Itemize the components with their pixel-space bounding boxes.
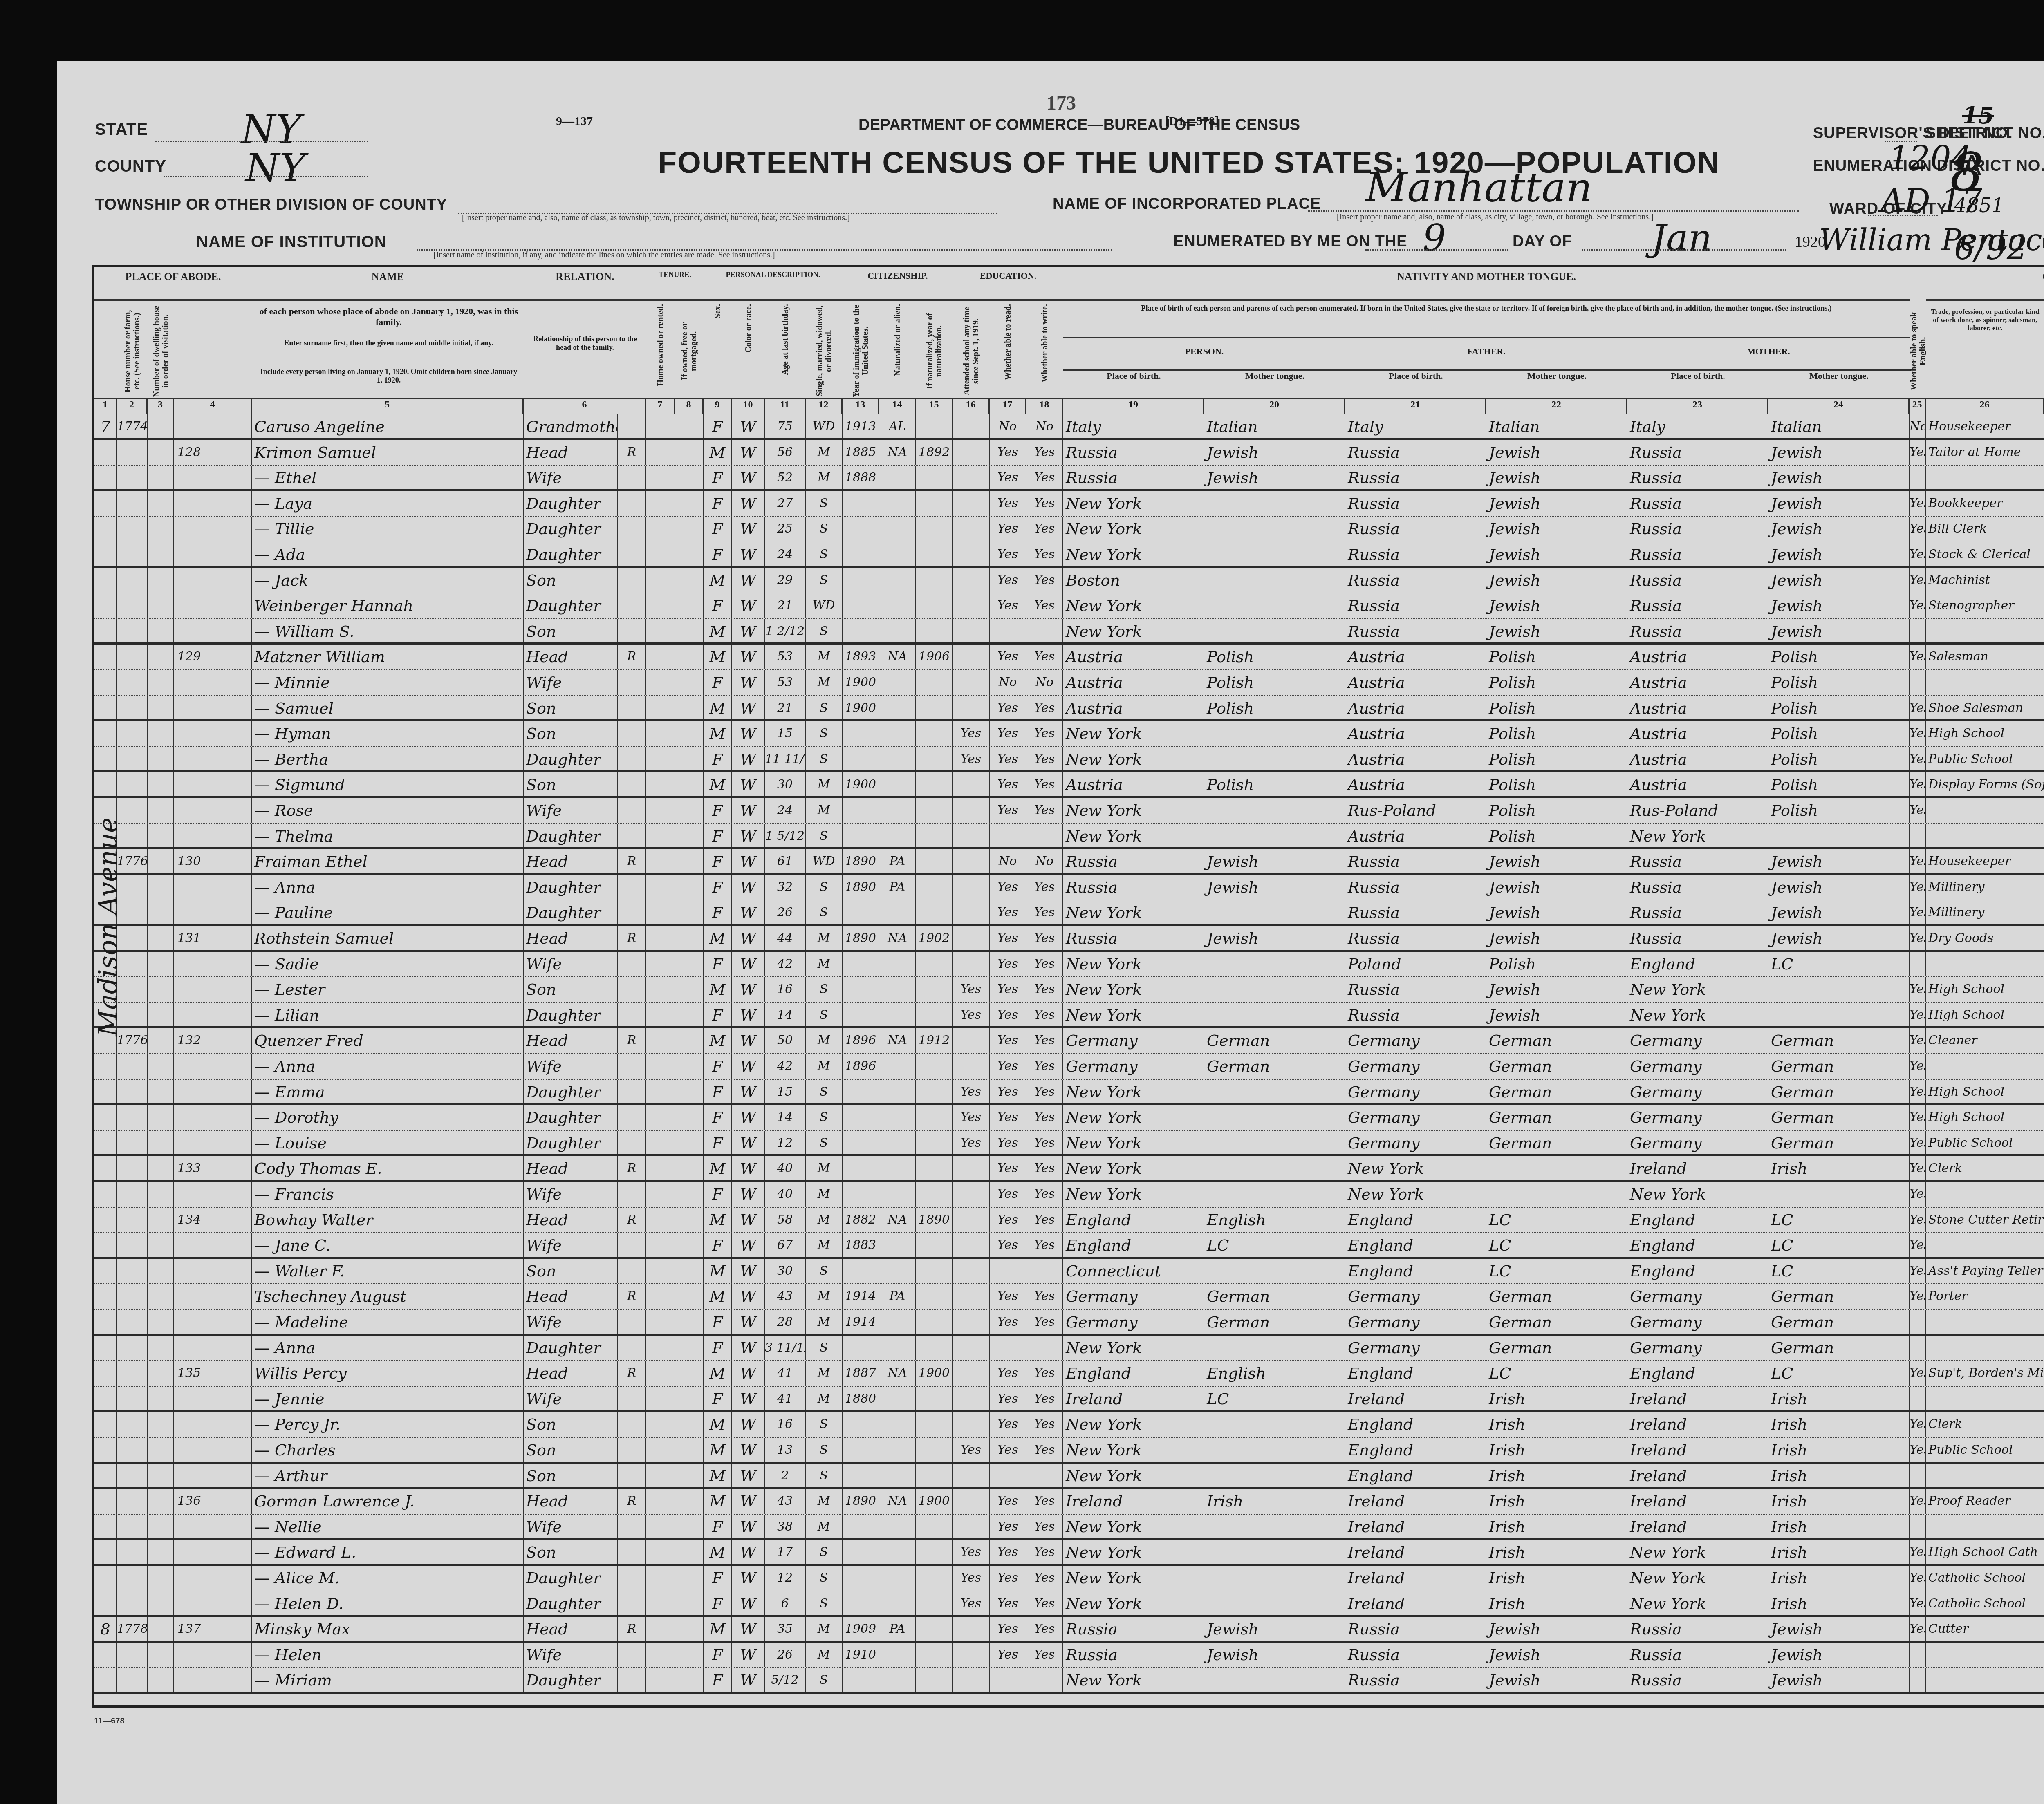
cell-house <box>117 670 148 695</box>
cell-sex: M <box>704 721 732 746</box>
cell-mpob: England <box>1627 1233 1768 1257</box>
table-row: — JackSonMW29SYesYesBostonRussiaJewishRu… <box>94 568 2044 594</box>
cell-mort <box>675 670 704 695</box>
cell-age: 50 <box>765 1028 806 1053</box>
cell-english: Yes <box>1910 1438 1926 1462</box>
cell-own: R <box>618 1208 646 1233</box>
cell-sex: F <box>704 1336 732 1361</box>
cell-mpob: New York <box>1627 1003 1768 1027</box>
cell-write: No <box>1026 414 1063 438</box>
cell-nat: PA <box>879 1284 916 1309</box>
cell-fpob: Russia <box>1345 466 1486 489</box>
cell-pob: New York <box>1063 1668 1204 1692</box>
cell-family <box>174 619 252 643</box>
cell-age: 14 <box>765 1003 806 1027</box>
cell-dwelling <box>148 1438 174 1462</box>
cell-ftongue: Polish <box>1486 645 1627 669</box>
cell-school <box>953 926 990 950</box>
cell-mort <box>675 977 704 1002</box>
column-header-19: Place of birth. <box>1063 369 1204 394</box>
cell-tongue: Jewish <box>1204 849 1345 873</box>
cell-family: 135 <box>174 1361 252 1386</box>
cell-mtongue: Jewish <box>1768 466 1910 489</box>
cell-mtongue: Jewish <box>1768 849 1910 873</box>
cell-tongue <box>1204 1003 1345 1027</box>
cell-race: W <box>732 849 765 873</box>
cell-race: W <box>732 1028 765 1053</box>
cell-mort <box>675 1080 704 1103</box>
cell-street <box>94 1156 117 1180</box>
cell-english: Yes <box>1910 491 1926 516</box>
cell-mpob: New York <box>1627 977 1768 1002</box>
cell-marital: S <box>806 1591 843 1615</box>
cell-write: Yes <box>1026 1566 1063 1591</box>
cell-marital: S <box>806 1412 843 1437</box>
table-row: — Walter F.SonMW30SConnecticutEnglandLCE… <box>94 1259 2044 1285</box>
cell-trade <box>1926 1643 2044 1667</box>
cell-pob: New York <box>1063 952 1204 977</box>
cell-nat <box>879 593 916 618</box>
nativity-mother: MOTHER. <box>1627 337 1910 357</box>
cell-pob: New York <box>1063 517 1204 542</box>
cell-house <box>117 1156 148 1180</box>
cell-dwelling <box>148 1054 174 1079</box>
cell-sex: F <box>704 952 732 977</box>
cell-sex: M <box>704 440 732 465</box>
cell-dwelling <box>148 1591 174 1615</box>
cell-write: Yes <box>1026 875 1063 900</box>
table-row: — MinnieWifeFW53M1900NoNoAustriaPolishAu… <box>94 670 2044 696</box>
cell-trade: Catholic School <box>1926 1591 2044 1615</box>
column-number-18: 18 <box>1026 398 1063 414</box>
cell-street <box>94 670 117 695</box>
cell-tongue: Irish <box>1204 1489 1345 1514</box>
cell-trade: Dry Goods <box>1926 926 2044 950</box>
cell-street <box>94 747 117 771</box>
cell-trade: Sup't, Borden's Milk <box>1926 1361 2044 1386</box>
cell-tongue: Jewish <box>1204 926 1345 950</box>
cell-mort <box>675 875 704 900</box>
cell-street <box>94 593 117 618</box>
cell-read: Yes <box>990 1233 1026 1257</box>
cell-age: 75 <box>765 414 806 438</box>
cell-sex: M <box>704 696 732 720</box>
cell-dwelling <box>148 517 174 542</box>
cell-race: W <box>732 1566 765 1591</box>
cell-street <box>94 1643 117 1667</box>
cell-tongue <box>1204 1412 1345 1437</box>
cell-write: Yes <box>1026 1310 1063 1334</box>
cell-english <box>1910 1387 1926 1410</box>
group-personal-description: PERSONAL DESCRIPTION. <box>704 271 843 301</box>
cell-dwelling <box>148 926 174 950</box>
table-row: 131Rothstein SamuelHeadRMW44M1890NA1902Y… <box>94 926 2044 952</box>
cell-age: 12 <box>765 1131 806 1155</box>
cell-fpob: Ireland <box>1345 1387 1486 1410</box>
cell-street <box>94 491 117 516</box>
cell-family <box>174 414 252 438</box>
cell-fpob: Ireland <box>1345 1489 1486 1514</box>
cell-race: W <box>732 1438 765 1462</box>
cell-pob: New York <box>1063 1105 1204 1130</box>
cell-natyr: 1900 <box>916 1489 953 1514</box>
cell-age: 16 <box>765 1412 806 1437</box>
cell-natyr <box>916 1540 953 1564</box>
cell-age: 15 <box>765 721 806 746</box>
cell-read: Yes <box>990 798 1026 823</box>
cell-nat <box>879 1438 916 1462</box>
cell-marital: S <box>806 721 843 746</box>
cell-fpob: England <box>1345 1259 1486 1284</box>
cell-house <box>117 1284 148 1309</box>
cell-read <box>990 619 1026 643</box>
cell-house <box>117 1233 148 1257</box>
cell-race: W <box>732 491 765 516</box>
cell-street <box>94 1208 117 1233</box>
table-row: — RoseWifeFW24MYesYesNew YorkRus-PolandP… <box>94 798 2044 824</box>
cell-house: 1778 <box>117 1617 148 1641</box>
cell-family <box>174 1668 252 1692</box>
cell-tongue <box>1204 824 1345 848</box>
cell-own <box>618 824 646 848</box>
cell-age: 30 <box>765 1259 806 1284</box>
cell-house <box>117 1361 148 1386</box>
cell-name: — Francis <box>252 1182 524 1207</box>
table-row: — Alice M.DaughterFW12SYesYesYesNew York… <box>94 1566 2044 1591</box>
cell-age: 43 <box>765 1489 806 1514</box>
cell-immig: 1882 <box>843 1208 879 1233</box>
cell-age: 12 <box>765 1566 806 1591</box>
column-number-6: 6 <box>524 398 646 414</box>
cell-immig <box>843 1438 879 1462</box>
cell-own <box>618 1643 646 1667</box>
cell-house <box>117 1080 148 1103</box>
cell-own <box>618 542 646 566</box>
cell-house <box>117 747 148 771</box>
cell-house <box>117 1259 148 1284</box>
table-row: — ArthurSonMW2SNew YorkEnglandIrishIrela… <box>94 1464 2044 1489</box>
cell-name: — Dorothy <box>252 1105 524 1130</box>
table-row: — SigmundSonMW30M1900YesYesAustriaPolish… <box>94 772 2044 798</box>
cell-ftongue: German <box>1486 1131 1627 1155</box>
cell-dwelling <box>148 1361 174 1386</box>
cell-marital: M <box>806 926 843 950</box>
cell-own <box>618 798 646 823</box>
cell-fpob: Ireland <box>1345 1566 1486 1591</box>
table-row: — HelenWifeFW26M1910YesYesRussiaJewishRu… <box>94 1643 2044 1668</box>
cell-school <box>953 1156 990 1180</box>
cell-mort <box>675 1412 704 1437</box>
cell-street <box>94 1387 117 1410</box>
cell-race: W <box>732 1336 765 1361</box>
cell-nat <box>879 1310 916 1334</box>
cell-mpob: Germany <box>1627 1054 1768 1079</box>
cell-ftongue: Polish <box>1486 721 1627 746</box>
cell-nat: NA <box>879 1028 916 1053</box>
cell-tongue <box>1204 1080 1345 1103</box>
cell-age: 53 <box>765 670 806 695</box>
day-of-label: day of <box>1513 233 1572 251</box>
cell-mtongue: Jewish <box>1768 875 1910 900</box>
cell-relation: Daughter <box>524 1131 618 1155</box>
cell-race: W <box>732 1284 765 1309</box>
cell-family <box>174 952 252 977</box>
cell-age: 42 <box>765 952 806 977</box>
cell-own <box>618 1412 646 1437</box>
cell-mpob: Germany <box>1627 1284 1768 1309</box>
county-label: County <box>95 157 166 176</box>
county-line <box>164 176 368 177</box>
cell-relation: Wife <box>524 1182 618 1207</box>
cell-relation: Head <box>524 645 618 669</box>
cell-nat <box>879 619 916 643</box>
cell-name: — Arthur <box>252 1464 524 1487</box>
cell-house <box>117 1387 148 1410</box>
cell-english: Yes <box>1910 721 1926 746</box>
cell-mort <box>675 1336 704 1361</box>
cell-fpob: England <box>1345 1412 1486 1437</box>
cell-sex: F <box>704 1054 732 1079</box>
cell-dwelling <box>148 1540 174 1564</box>
cell-pob: Russia <box>1063 875 1204 900</box>
cell-write <box>1026 1668 1063 1692</box>
cell-fpob: Russia <box>1345 568 1486 593</box>
enumerator-label: Enumerator. <box>2042 235 2044 252</box>
nativity-father: FATHER. <box>1345 337 1627 357</box>
cell-tongue: Polish <box>1204 670 1345 695</box>
cell-ftongue: Polish <box>1486 798 1627 823</box>
cell-ftongue: LC <box>1486 1208 1627 1233</box>
cell-read: Yes <box>990 1131 1026 1155</box>
table-row: — LilianDaughterFW14SYesYesYesNew YorkRu… <box>94 1003 2044 1029</box>
cell-natyr: 1890 <box>916 1208 953 1233</box>
cell-relation: Head <box>524 1361 618 1386</box>
cell-fpob: New York <box>1345 1182 1486 1207</box>
cell-read: Yes <box>990 593 1026 618</box>
table-row: — AnnaDaughterFW3 11/12SNew YorkGermanyG… <box>94 1336 2044 1361</box>
cell-own <box>618 1131 646 1155</box>
cell-mtongue: Jewish <box>1768 517 1910 542</box>
street-name: Madison Avenue <box>93 817 118 1144</box>
cell-tongue: LC <box>1204 1233 1345 1257</box>
cell-mpob: Russia <box>1627 900 1768 924</box>
cell-read: Yes <box>990 645 1026 669</box>
cell-nat <box>879 1105 916 1130</box>
cell-fpob: Russia <box>1345 593 1486 618</box>
cell-mtongue: German <box>1768 1080 1910 1103</box>
cell-immig: 1914 <box>843 1284 879 1309</box>
cell-trade: Public School <box>1926 1131 2044 1155</box>
cell-natyr <box>916 542 953 566</box>
cell-nat: NA <box>879 1489 916 1514</box>
cell-relation: Wife <box>524 1643 618 1667</box>
cell-mtongue: German <box>1768 1028 1910 1053</box>
cell-pob: New York <box>1063 1438 1204 1462</box>
cell-own <box>618 568 646 593</box>
cell-english: Yes <box>1910 1080 1926 1103</box>
cell-mort <box>675 1515 704 1538</box>
cell-marital: M <box>806 1489 843 1514</box>
cell-own <box>618 1438 646 1462</box>
cell-dwelling <box>148 696 174 720</box>
cell-trade: Machinist <box>1926 568 2044 593</box>
cell-trade: Stock & Clerical <box>1926 542 2044 566</box>
cell-trade <box>1926 952 2044 977</box>
cell-pob: England <box>1063 1361 1204 1386</box>
cell-own <box>618 670 646 695</box>
cell-marital: S <box>806 696 843 720</box>
cell-dwelling <box>148 747 174 771</box>
cell-immig <box>843 1591 879 1615</box>
cell-write: Yes <box>1026 1387 1063 1410</box>
cell-own <box>618 696 646 720</box>
column-header-9: Sex. <box>704 304 732 398</box>
cell-own <box>618 466 646 489</box>
cell-nat <box>879 1540 916 1564</box>
cell-immig: 1880 <box>843 1387 879 1410</box>
cell-immig <box>843 1566 879 1591</box>
cell-trade: Proof Reader <box>1926 1489 2044 1514</box>
cell-trade: Clerk <box>1926 1156 2044 1180</box>
cell-read: Yes <box>990 696 1026 720</box>
cell-mtongue: German <box>1768 1336 1910 1361</box>
cell-read <box>990 1668 1026 1692</box>
incorporated-place-value: Manhattan <box>1365 163 1592 211</box>
column-number-11: 11 <box>765 398 806 414</box>
cell-age: 26 <box>765 1643 806 1667</box>
cell-mort <box>675 1591 704 1615</box>
cell-marital: S <box>806 747 843 771</box>
table-row: 128Krimon SamuelHeadRMW56M1885NA1892YesY… <box>94 440 2044 466</box>
cell-mpob: Ireland <box>1627 1464 1768 1487</box>
cell-school: Yes <box>953 747 990 771</box>
cell-tongue <box>1204 1156 1345 1180</box>
cell-street <box>94 1515 117 1538</box>
cell-mpob: Austria <box>1627 645 1768 669</box>
cell-race: W <box>732 772 765 796</box>
cell-nat <box>879 1156 916 1180</box>
cell-dwelling <box>148 1464 174 1487</box>
cell-dwelling <box>148 721 174 746</box>
cell-pob: New York <box>1063 900 1204 924</box>
cell-mtongue: Jewish <box>1768 1668 1910 1692</box>
cell-mort <box>675 1156 704 1180</box>
cell-immig: 1888 <box>843 466 879 489</box>
cell-mtongue: LC <box>1768 1259 1910 1284</box>
cell-mpob: Ireland <box>1627 1387 1768 1410</box>
cell-race: W <box>732 1617 765 1641</box>
cell-family <box>174 875 252 900</box>
cell-street <box>94 568 117 593</box>
cell-dwelling <box>148 1131 174 1155</box>
cell-school <box>953 1412 990 1437</box>
cell-street: 7 <box>94 414 117 438</box>
cell-english <box>1910 1464 1926 1487</box>
cell-dwelling <box>148 619 174 643</box>
cell-trade: Public School <box>1926 1438 2044 1462</box>
cell-trade <box>1926 670 2044 695</box>
cell-school: Yes <box>953 977 990 1002</box>
cell-mtongue: German <box>1768 1310 1910 1334</box>
cell-read: No <box>990 414 1026 438</box>
cell-dwelling <box>148 900 174 924</box>
cell-dwelling <box>148 1105 174 1130</box>
cell-mtongue <box>1768 1182 1910 1207</box>
table-row: 81778137Minsky MaxHeadRMW35M1909PAYesYes… <box>94 1617 2044 1643</box>
cell-own <box>618 491 646 516</box>
cell-race: W <box>732 696 765 720</box>
cell-trade: Millinery <box>1926 875 2044 900</box>
cell-immig: 1910 <box>843 1643 879 1667</box>
cell-sex: F <box>704 1515 732 1538</box>
cell-ftongue: Polish <box>1486 824 1627 848</box>
cell-tongue <box>1204 1591 1345 1615</box>
table-row: 135Willis PercyHeadRMW41M1887NA1900YesYe… <box>94 1361 2044 1387</box>
cell-sex: F <box>704 747 732 771</box>
cell-natyr <box>916 1054 953 1079</box>
cell-read: Yes <box>990 1387 1026 1410</box>
cell-street <box>94 1182 117 1207</box>
cell-marital: S <box>806 491 843 516</box>
cell-mort <box>675 1182 704 1207</box>
cell-mort <box>675 1054 704 1079</box>
column-header-12: Single, married, widowed, or divorced. <box>806 304 843 398</box>
cell-family: 130 <box>174 849 252 873</box>
cell-own: R <box>618 849 646 873</box>
cell-name: — Sigmund <box>252 772 524 796</box>
cell-immig: 1883 <box>843 1233 879 1257</box>
cell-write: Yes <box>1026 517 1063 542</box>
cell-immig <box>843 1156 879 1180</box>
cell-mort <box>675 414 704 438</box>
cell-read: Yes <box>990 1591 1026 1615</box>
cell-marital: M <box>806 1387 843 1410</box>
cell-mort <box>675 1617 704 1641</box>
table-row: — SadieWifeFW42MYesYesNew YorkPolandPoli… <box>94 952 2044 978</box>
cell-house <box>117 1566 148 1591</box>
cell-english: Yes <box>1910 1284 1926 1309</box>
cell-trade <box>1926 466 2044 489</box>
cell-natyr: 1900 <box>916 1361 953 1386</box>
institution-label: Name of Institution <box>196 233 387 251</box>
table-row: 134Bowhay WalterHeadRMW58M1882NA1890YesY… <box>94 1208 2044 1233</box>
cell-write: Yes <box>1026 1643 1063 1667</box>
name-note-3: Include every person living on January 1… <box>258 367 520 385</box>
cell-natyr <box>916 619 953 643</box>
cell-fpob: Austria <box>1345 645 1486 669</box>
cell-dwelling <box>148 952 174 977</box>
cell-nat <box>879 772 916 796</box>
cell-marital: S <box>806 1259 843 1284</box>
cell-immig <box>843 1412 879 1437</box>
column-number-15: 15 <box>916 398 953 414</box>
cell-name: — Emma <box>252 1080 524 1103</box>
cell-street <box>94 696 117 720</box>
cell-natyr <box>916 1643 953 1667</box>
cell-own <box>618 1591 646 1615</box>
cell-fpob: Ireland <box>1345 1591 1486 1615</box>
cell-marital: S <box>806 977 843 1002</box>
cell-sex: M <box>704 1259 732 1284</box>
cell-tongue <box>1204 977 1345 1002</box>
cell-house <box>117 1591 148 1615</box>
cell-write: Yes <box>1026 696 1063 720</box>
cell-english <box>1910 1310 1926 1334</box>
cell-mtongue: Jewish <box>1768 440 1910 465</box>
cell-mtongue: Polish <box>1768 721 1910 746</box>
cell-nat <box>879 1336 916 1361</box>
cell-marital: WD <box>806 593 843 618</box>
